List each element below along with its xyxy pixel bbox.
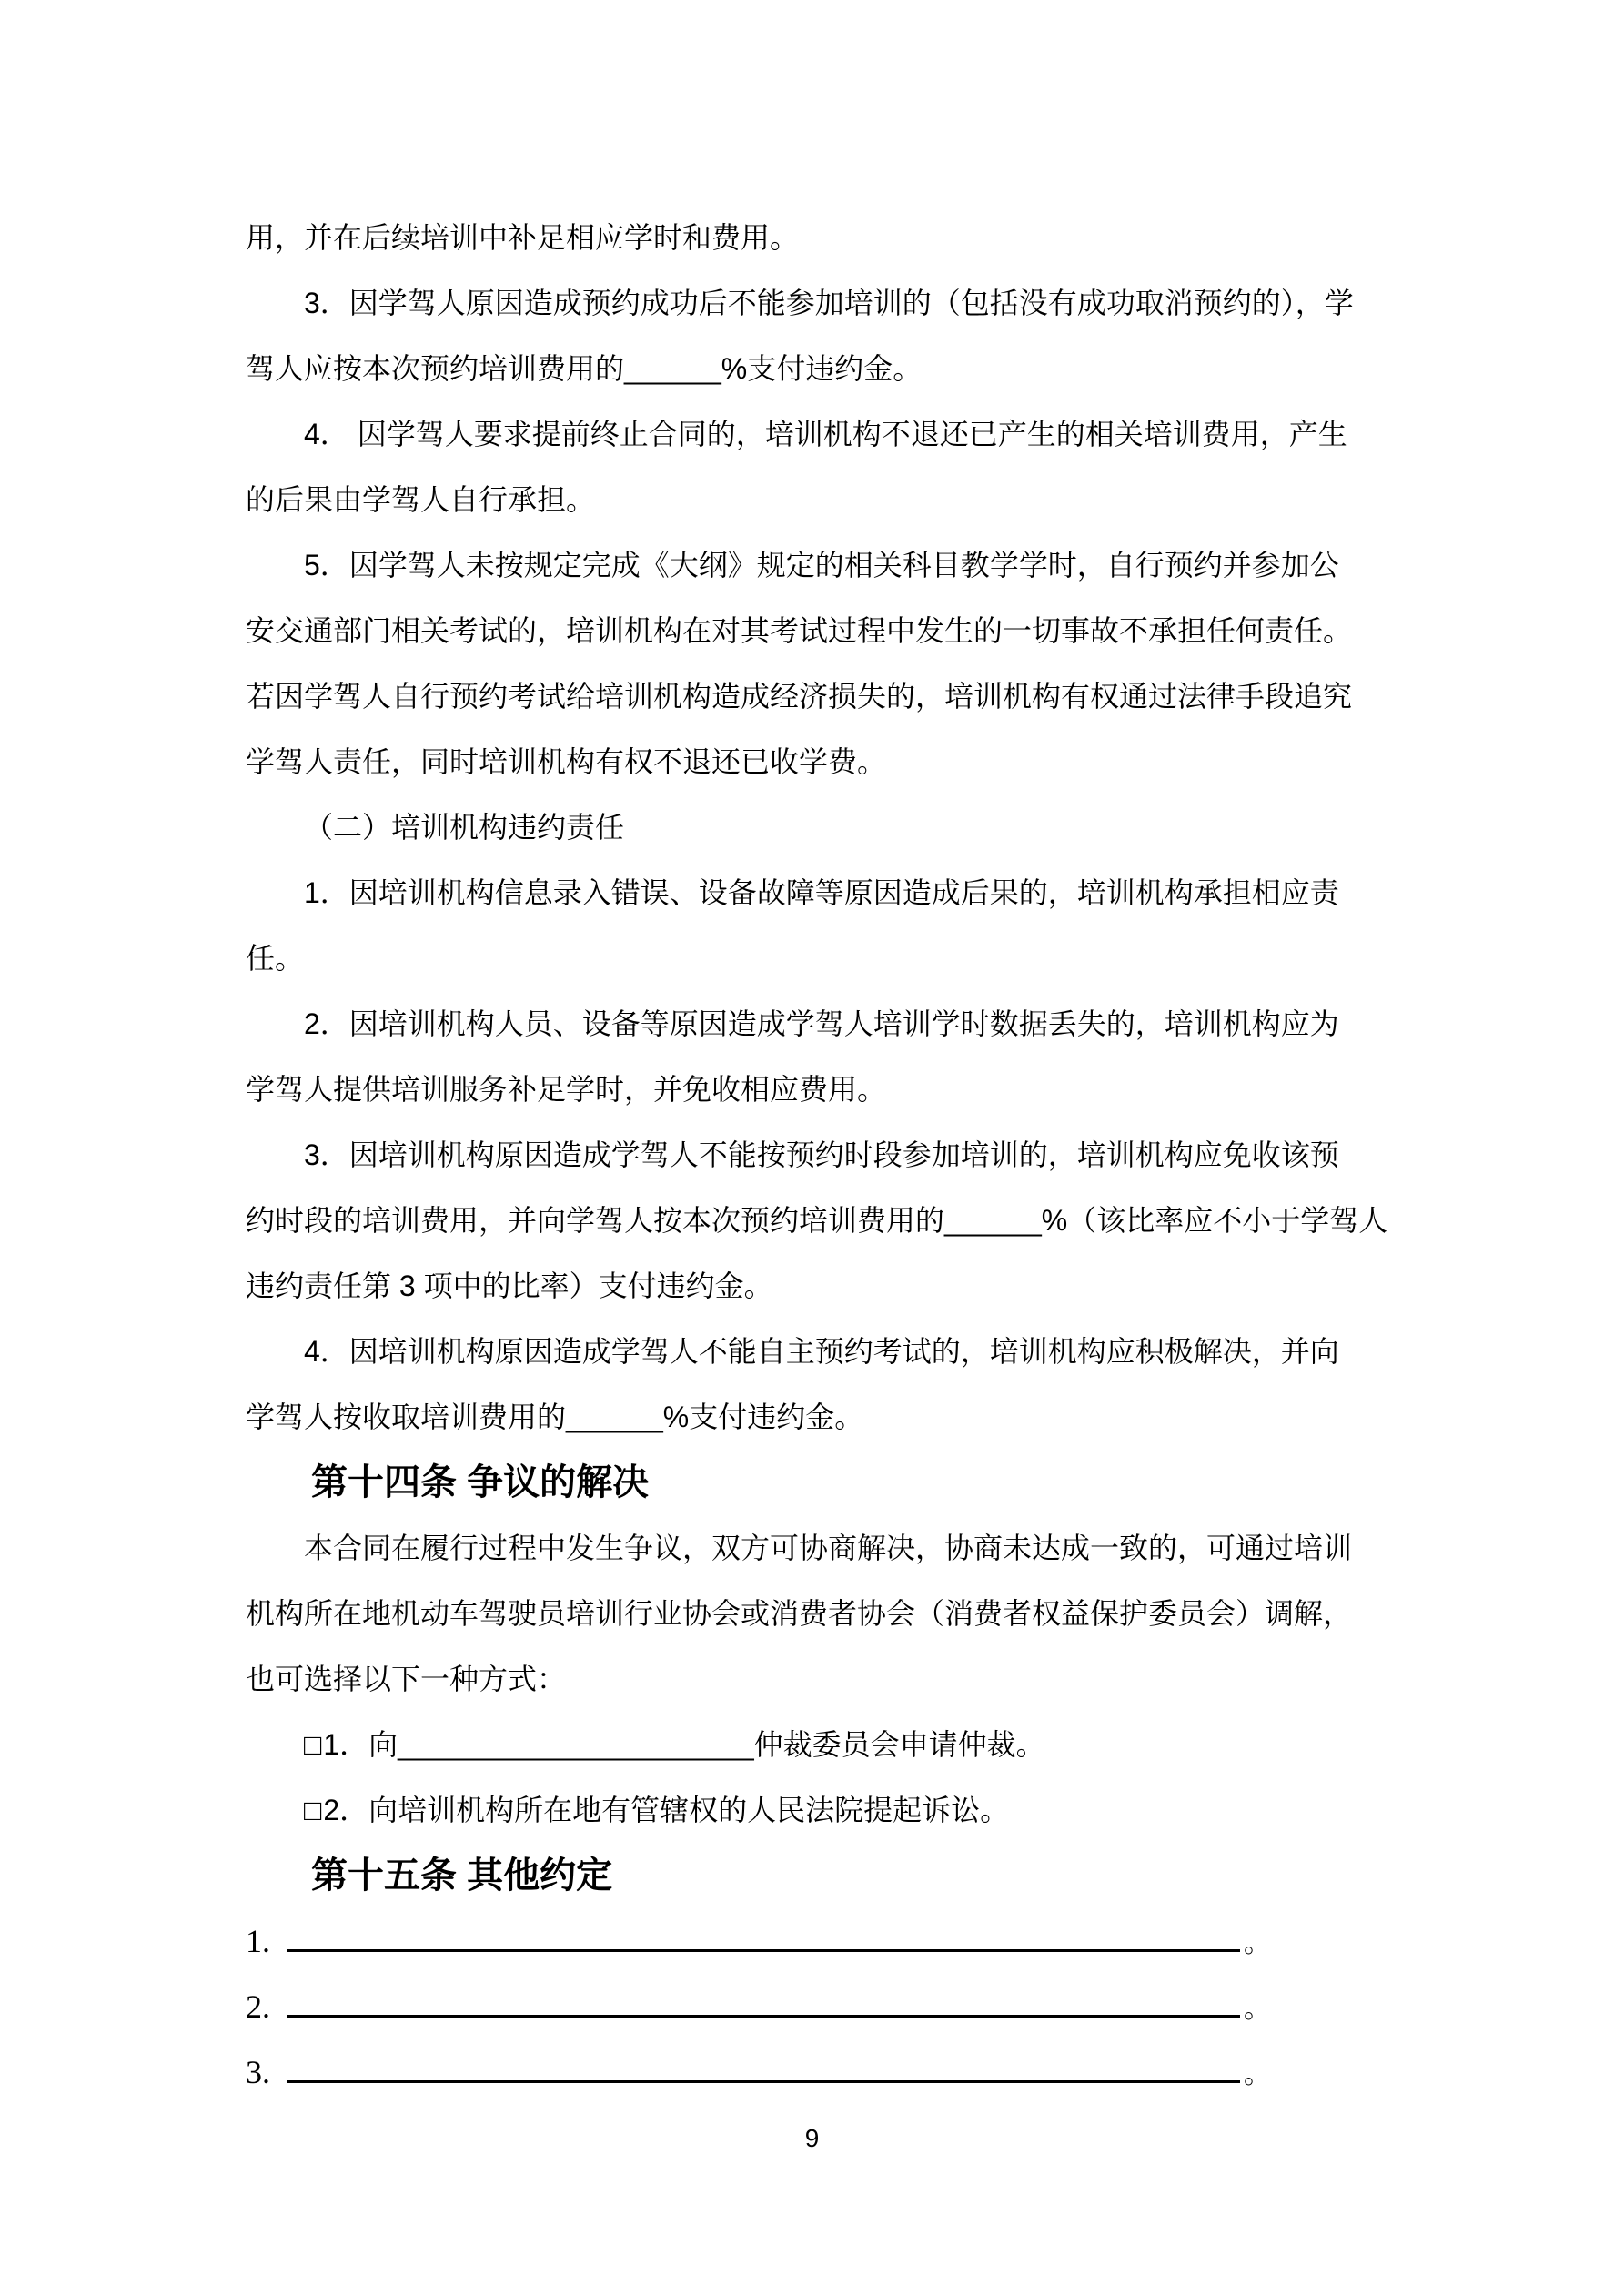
blank-line — [287, 2077, 1240, 2083]
section-heading: 第十五条 其他约定 — [246, 1843, 1387, 1908]
paragraph-line: 的后果由学驾人自行承担。 — [246, 467, 1387, 532]
paragraph-line: 也可选择以下一种方式： — [246, 1646, 1387, 1712]
item-number: 2. — [246, 1988, 270, 2025]
paragraph-line: 3．因学驾人原因造成预约成功后不能参加培训的（包括没有成功取消预约的），学 — [246, 270, 1387, 336]
paragraph-line: 1．因培训机构信息录入错误、设备故障等原因造成后果的，培训机构承担相应责 — [246, 860, 1387, 925]
item-number: 3. — [246, 2054, 270, 2090]
fill-in-item: 3.。 — [246, 2039, 1387, 2105]
paragraph-line: 若因学驾人自行预约考试给培训机构造成经济损失的，培训机构有权通过法律手段追究 — [246, 663, 1387, 729]
paragraph-line: 学驾人责任，同时培训机构有权不退还已收学费。 — [246, 729, 1387, 794]
document-page: 用，并在后续培训中补足相应学时和费用。3．因学驾人原因造成预约成功后不能参加培训… — [0, 0, 1624, 2296]
checkbox-option-label: 2．向培训机构所在地有管辖权的人民法院提起诉讼。 — [323, 1794, 1009, 1826]
paragraph-line: 安交通部门相关考试的，培训机构在对其考试过程中发生的一切事故不承担任何责任。 — [246, 598, 1387, 663]
checkbox-option: □2．向培训机构所在地有管辖权的人民法院提起诉讼。 — [246, 1777, 1387, 1843]
item-number: 1. — [246, 1923, 270, 1959]
blank-line — [287, 1946, 1240, 1952]
paragraph-line: 用，并在后续培训中补足相应学时和费用。 — [246, 205, 1387, 270]
checkbox-option: □1．向______________________仲裁委员会申请仲裁。 — [246, 1712, 1387, 1777]
paragraph-line: 4．因培训机构原因造成学驾人不能自主预约考试的，培训机构应积极解决，并向 — [246, 1319, 1387, 1384]
paragraph-line: 2．因培训机构人员、设备等原因造成学驾人培训学时数据丢失的，培训机构应为 — [246, 991, 1387, 1057]
page-number: 9 — [0, 2120, 1624, 2157]
paragraph-line: 5．因学驾人未按规定完成《大纲》规定的相关科目教学学时，自行预约并参加公 — [246, 532, 1387, 598]
paragraph-line: 任。 — [246, 925, 1387, 991]
item-period: 。 — [1244, 1928, 1271, 1958]
fill-in-item: 1.。 — [246, 1908, 1387, 1974]
checkbox-icon: □ — [304, 1712, 321, 1777]
paragraph-line: 3．因培训机构原因造成学驾人不能按预约时段参加培训的，培训机构应免收该预 — [246, 1122, 1387, 1188]
paragraph-line: 机构所在地机动车驾驶员培训行业协会或消费者协会（消费者权益保护委员会）调解， — [246, 1581, 1387, 1646]
paragraph-line: 4． 因学驾人要求提前终止合同的，培训机构不退还已产生的相关培训费用，产生 — [246, 401, 1387, 467]
item-period: 。 — [1244, 1994, 1271, 2024]
paragraph-line: （二）培训机构违约责任 — [246, 794, 1387, 860]
paragraph-line: 违约责任第 3 项中的比率）支付违约金。 — [246, 1253, 1387, 1319]
paragraph-line: 学驾人按收取培训费用的______%支付违约金。 — [246, 1384, 1387, 1450]
item-period: 。 — [1244, 2059, 1271, 2089]
paragraph-line: 约时段的培训费用，并向学驾人按本次预约培训费用的______%（该比率应不小于学… — [246, 1188, 1387, 1253]
paragraph-line: 学驾人提供培训服务补足学时，并免收相应费用。 — [246, 1057, 1387, 1122]
document-body: 用，并在后续培训中补足相应学时和费用。3．因学驾人原因造成预约成功后不能参加培训… — [246, 205, 1387, 2105]
section-heading: 第十四条 争议的解决 — [246, 1450, 1387, 1515]
paragraph-line: 本合同在履行过程中发生争议，双方可协商解决，协商未达成一致的，可通过培训 — [246, 1515, 1387, 1581]
paragraph-line: 驾人应按本次预约培训费用的______%支付违约金。 — [246, 336, 1387, 401]
fill-in-item: 2.。 — [246, 1974, 1387, 2039]
checkbox-icon: □ — [304, 1777, 321, 1843]
blank-line — [287, 2011, 1240, 2018]
checkbox-option-label: 1．向______________________仲裁委员会申请仲裁。 — [323, 1728, 1044, 1761]
